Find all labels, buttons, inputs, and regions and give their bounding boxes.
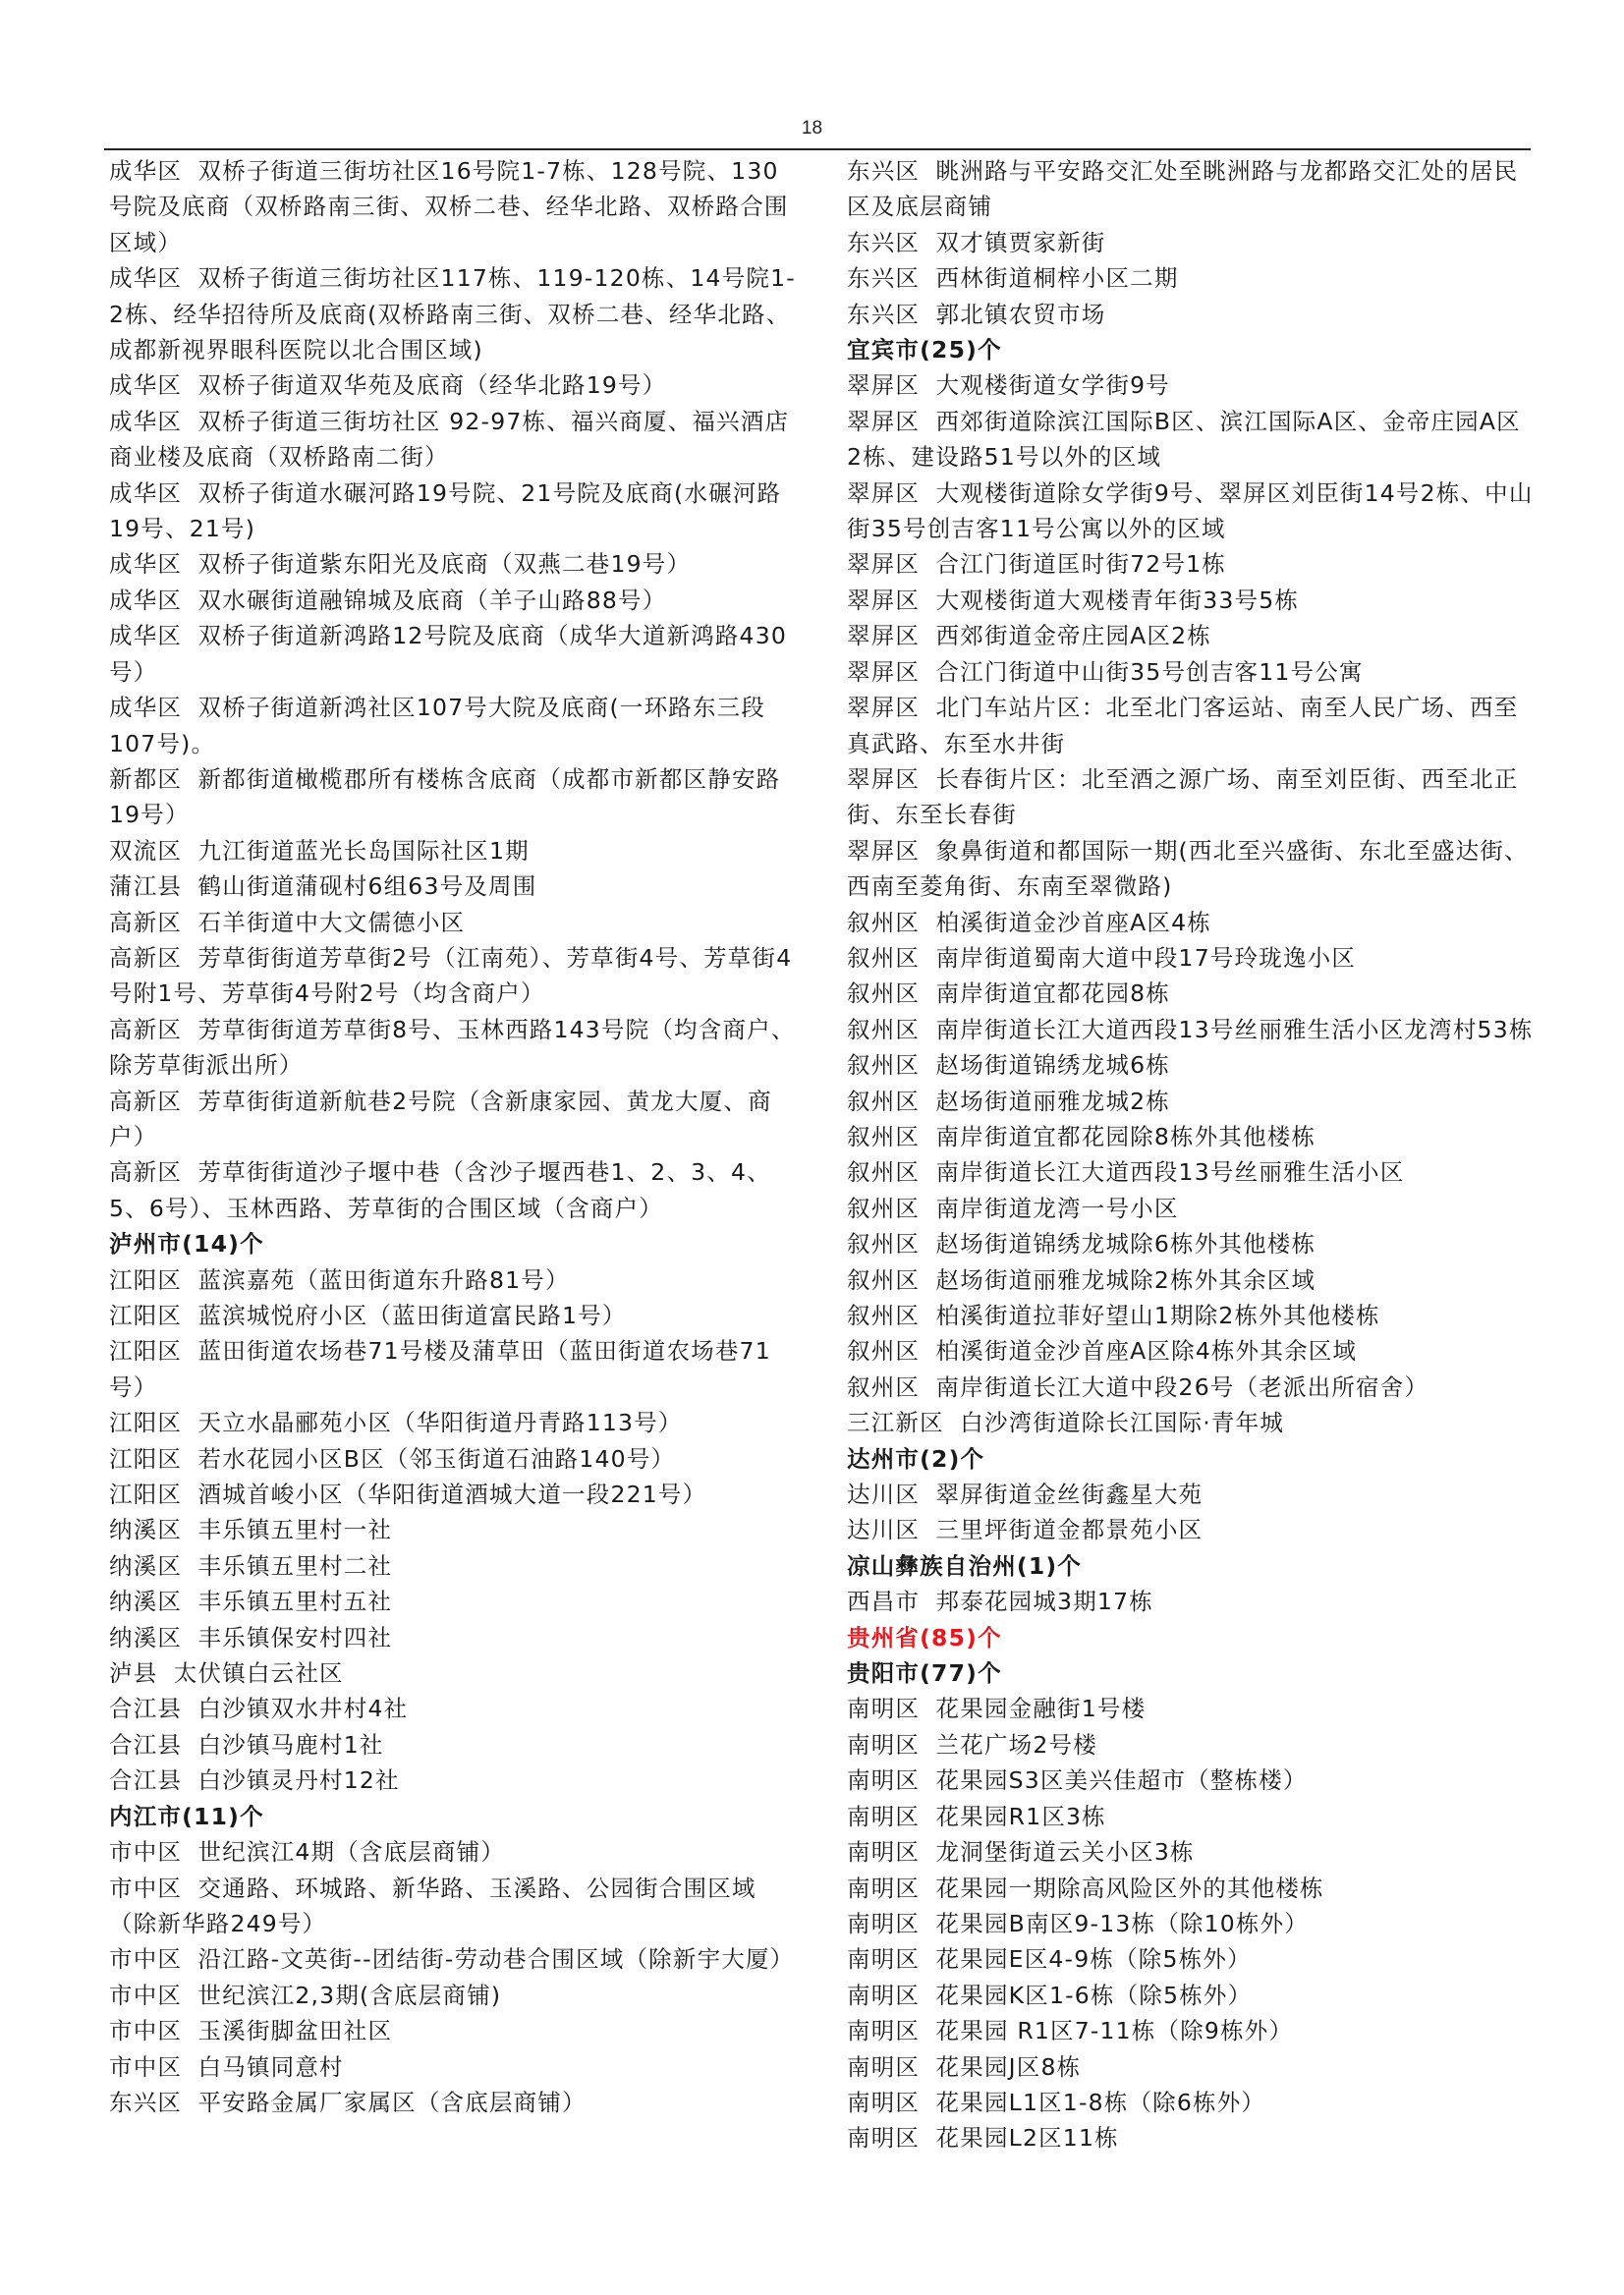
district-name: 新都区 — [109, 765, 182, 793]
district-name: 叙州区 — [847, 1016, 920, 1043]
location-text: 大观楼街道除女学街9号、翠屏区刘臣街14号2栋、中山街35号创吉客11号公寓以外… — [847, 479, 1534, 542]
list-item: 南明区花果园S3区美兴佳超市（整栋楼） — [847, 1763, 1535, 1798]
location-text: 眺洲路与平安路交汇处至眺洲路与龙都路交汇处的居民区及底层商铺 — [847, 157, 1518, 220]
location-text: 交通路、环城路、新华路、玉溪路、公园街合围区域（除新华路249号） — [109, 1875, 756, 1937]
district-name: 西昌市 — [847, 1588, 920, 1615]
location-text: 三里坪街道金都景苑小区 — [936, 1516, 1204, 1543]
location-text: 花果园R1区3栋 — [936, 1803, 1106, 1830]
list-item: 成华区双水碾街道融锦城及底商（羊子山路88号） — [109, 583, 797, 618]
location-text: 鹤山街道蒲砚村6组63号及周围 — [198, 872, 537, 900]
district-name: 成华区 — [109, 157, 182, 185]
district-name: 叙州区 — [847, 1373, 920, 1401]
location-text: 双桥子街道三街坊社区 92-97栋、福兴商厦、福兴酒店商业楼及底商（双桥路南二街… — [109, 408, 789, 471]
location-text: 白沙镇马鹿村1社 — [198, 1731, 384, 1759]
district-name: 南明区 — [847, 1982, 920, 2009]
location-text: 芳草街街道芳草街2号（江南苑）、芳草街4号、芳草街4号附1号、芳草街4号附2号（… — [109, 944, 792, 1007]
list-item: 南明区花果园J区8栋 — [847, 2049, 1535, 2085]
list-item: 东兴区西林街道桐梓小区二期 — [847, 260, 1535, 296]
location-text: 龙洞堡街道云关小区3栋 — [936, 1838, 1195, 1866]
district-name: 成华区 — [109, 550, 182, 578]
district-name: 叙州区 — [847, 1158, 920, 1186]
location-text: 双桥子街道新鸿路12号院及底商（成华大道新鸿路430号） — [109, 622, 787, 685]
list-item: 叙州区赵场街道锦绣龙城除6栋外其他楼栋 — [847, 1226, 1535, 1261]
location-text: 石羊街道中大文儒德小区 — [198, 909, 466, 936]
list-item: 叙州区柏溪街道金沙首座A区4栋 — [847, 905, 1535, 940]
location-text: 花果园一期除高风险区外的其他楼栋 — [936, 1875, 1324, 1902]
city-heading: 达州市(2)个 — [847, 1441, 1535, 1477]
list-item: 南明区花果园B南区9-13栋（除10栋外） — [847, 1906, 1535, 1941]
location-text: 合江门街道匡时街72号1栋 — [936, 550, 1226, 578]
district-name: 江阳区 — [109, 1481, 182, 1508]
province-heading: 贵州省(85)个 — [847, 1620, 1535, 1655]
list-item: 翠屏区合江门街道中山街35号创吉客11号公寓 — [847, 654, 1535, 690]
location-text: 南岸街道长江大道西段13号丝丽雅生活小区 — [936, 1158, 1405, 1186]
district-name: 市中区 — [109, 2017, 182, 2044]
list-item: 南明区花果园金融街1号楼 — [847, 1691, 1535, 1726]
location-text: 沿江路-文英街--团结街-劳动巷合围区域（除新宇大厦） — [198, 1945, 795, 1973]
list-item: 成华区双桥子街道三街坊社区 92-97栋、福兴商厦、福兴酒店商业楼及底商（双桥路… — [109, 404, 797, 476]
district-name: 南明区 — [847, 1766, 920, 1794]
list-item: 南明区花果园L1区1-8栋（除6栋外） — [847, 2085, 1535, 2120]
district-name: 成华区 — [109, 479, 182, 507]
location-text: 南岸街道长江大道中段26号（老派出所宿舍） — [936, 1373, 1429, 1401]
list-item: 江阳区天立水晶郦苑小区（华阳街道丹青路113号） — [109, 1405, 797, 1440]
location-text: 蓝滨嘉苑（蓝田街道东升路81号） — [198, 1266, 570, 1294]
location-text: 芳草街街道新航巷2号院（含新康家园、黄龙大厦、商户） — [109, 1088, 772, 1150]
list-item: 南明区龙洞堡街道云关小区3栋 — [847, 1834, 1535, 1870]
district-name: 南明区 — [847, 2124, 920, 2152]
district-name: 南明区 — [847, 2017, 920, 2044]
district-name: 市中区 — [109, 2053, 182, 2081]
district-name: 南明区 — [847, 2089, 920, 2116]
list-item: 翠屏区长春街片区：北至酒之源广场、南至刘臣街、西至北正街、东至长春街 — [847, 761, 1535, 833]
list-item: 成华区双桥子街道三街坊社区16号院1-7栋、128号院、130号院及底商（双桥路… — [109, 153, 797, 260]
list-item: 成华区双桥子街道水碾河路19号院、21号院及底商(水碾河路19号、21号) — [109, 476, 797, 547]
district-name: 南明区 — [847, 1910, 920, 1937]
location-text: 花果园K区1-6栋（除5栋外） — [936, 1982, 1253, 2009]
district-name: 达川区 — [847, 1481, 920, 1508]
list-item: 新都区新都街道橄榄郡所有楼栋含底商（成都市新都区静安路19号） — [109, 761, 797, 833]
district-name: 成华区 — [109, 587, 182, 614]
location-text: 双桥子街道水碾河路19号院、21号院及底商(水碾河路19号、21号) — [109, 479, 781, 542]
location-text: 太伏镇白云社区 — [174, 1659, 344, 1687]
district-name: 叙州区 — [847, 1088, 920, 1115]
location-text: 邦泰花园城3期17栋 — [936, 1588, 1153, 1615]
location-text: 九江街道蓝光长岛国际社区1期 — [198, 837, 530, 865]
district-name: 叙州区 — [847, 1123, 920, 1150]
district-name: 成华区 — [109, 694, 182, 721]
list-item: 翠屏区北门车站片区：北至北门客运站、南至人民广场、西至真武路、东至水井街 — [847, 690, 1535, 761]
list-item: 叙州区南岸街道龙湾一号小区 — [847, 1191, 1535, 1226]
city-heading: 内江市(11)个 — [109, 1799, 797, 1834]
district-name: 南明区 — [847, 1875, 920, 1902]
district-name: 翠屏区 — [847, 587, 920, 614]
list-item: 南明区兰花广场2号楼 — [847, 1727, 1535, 1763]
location-text: 丰乐镇五里村一社 — [198, 1516, 393, 1543]
location-text: 花果园S3区美兴佳超市（整栋楼） — [936, 1766, 1308, 1794]
location-text: 南岸街道宜都花园8栋 — [936, 980, 1170, 1007]
list-item: 翠屏区大观楼街道大观楼青年街33号5栋 — [847, 583, 1535, 618]
list-item: 东兴区平安路金属厂家属区（含底层商铺） — [109, 2085, 797, 2120]
location-text: 西郊街道除滨江国际B区、滨江国际A区、金帝庄园A区2栋、建设路51号以外的区域 — [847, 408, 1521, 471]
list-item: 翠屏区大观楼街道女学街9号 — [847, 367, 1535, 403]
list-item: 叙州区南岸街道蜀南大道中段17号玲珑逸小区 — [847, 940, 1535, 976]
district-name: 合江县 — [109, 1766, 182, 1794]
list-item: 叙州区南岸街道长江大道西段13号丝丽雅生活小区 — [847, 1154, 1535, 1190]
location-text: 西林街道桐梓小区二期 — [936, 264, 1179, 292]
location-text: 柏溪街道金沙首座A区4栋 — [936, 909, 1211, 936]
list-item: 纳溪区丰乐镇五里村二社 — [109, 1548, 797, 1584]
district-name: 叙州区 — [847, 1230, 920, 1258]
list-item: 叙州区南岸街道长江大道西段13号丝丽雅生活小区龙湾村53栋 — [847, 1012, 1535, 1047]
location-text: 丰乐镇保安村四社 — [198, 1624, 393, 1651]
location-text: 长春街片区：北至酒之源广场、南至刘臣街、西至北正街、东至长春街 — [847, 765, 1518, 828]
district-name: 叙州区 — [847, 1051, 920, 1079]
list-item: 东兴区郭北镇农贸市场 — [847, 297, 1535, 332]
list-item: 合江县白沙镇马鹿村1社 — [109, 1727, 797, 1763]
location-text: 花果园L2区11栋 — [936, 2124, 1119, 2152]
location-text: 象鼻街道和都国际一期(西北至兴盛街、东北至盛达街、西南至菱角街、东南至翠微路) — [847, 837, 1529, 900]
district-name: 南明区 — [847, 1695, 920, 1722]
list-item: 南明区花果园一期除高风险区外的其他楼栋 — [847, 1871, 1535, 1906]
location-text: 花果园金融街1号楼 — [936, 1695, 1147, 1722]
location-text: 赵场街道丽雅龙城除2栋外其余区域 — [936, 1266, 1316, 1294]
list-item: 纳溪区丰乐镇五里村五社 — [109, 1584, 797, 1619]
location-text: 丰乐镇五里村二社 — [198, 1552, 393, 1580]
location-text: 翠屏街道金丝街鑫星大苑 — [936, 1481, 1204, 1508]
city-heading: 贵阳市(77)个 — [847, 1655, 1535, 1691]
district-name: 高新区 — [109, 1016, 182, 1043]
city-heading: 宜宾市(25)个 — [847, 332, 1535, 367]
location-text: 柏溪街道金沙首座A区除4栋外其余区域 — [936, 1337, 1358, 1365]
location-text: 双桥子街道紫东阳光及底商（双燕二巷19号） — [198, 550, 692, 578]
district-name: 东兴区 — [847, 301, 920, 328]
district-name: 市中区 — [109, 1838, 182, 1866]
location-text: 兰花广场2号楼 — [936, 1731, 1097, 1759]
location-text: 南岸街道宜都花园除8栋外其他楼栋 — [936, 1123, 1316, 1150]
list-item: 高新区芳草街街道芳草街2号（江南苑）、芳草街4号、芳草街4号附1号、芳草街4号附… — [109, 940, 797, 1012]
list-item: 叙州区南岸街道宜都花园8栋 — [847, 976, 1535, 1011]
district-name: 成华区 — [109, 622, 182, 649]
district-name: 高新区 — [109, 944, 182, 972]
district-name: 江阳区 — [109, 1266, 182, 1294]
district-name: 纳溪区 — [109, 1552, 182, 1580]
list-item: 市中区沿江路-文英街--团结街-劳动巷合围区域（除新宇大厦） — [109, 1941, 797, 1977]
location-text: 丰乐镇五里村五社 — [198, 1588, 393, 1615]
list-item: 市中区世纪滨江2,3期(含底层商铺) — [109, 1978, 797, 2013]
location-text: 平安路金属厂家属区（含底层商铺） — [198, 2089, 587, 2116]
location-text: 新都街道橄榄郡所有楼栋含底商（成都市新都区静安路19号） — [109, 765, 780, 828]
list-item: 市中区世纪滨江4期（含底层商铺） — [109, 1834, 797, 1870]
location-text: 南岸街道蜀南大道中段17号玲珑逸小区 — [936, 944, 1357, 972]
city-heading: 凉山彝族自治州(1)个 — [847, 1548, 1535, 1584]
list-item: 叙州区赵场街道丽雅龙城除2栋外其余区域 — [847, 1262, 1535, 1298]
list-item: 叙州区赵场街道丽雅龙城2栋 — [847, 1084, 1535, 1119]
location-text: 双才镇贾家新街 — [936, 229, 1106, 256]
location-text: 花果园L1区1-8栋（除6栋外） — [936, 2089, 1266, 2116]
district-name: 成华区 — [109, 264, 182, 292]
district-name: 高新区 — [109, 909, 182, 936]
list-item: 叙州区柏溪街道拉菲好望山1期除2栋外其他楼栋 — [847, 1298, 1535, 1333]
list-item: 南明区花果园K区1-6栋（除5栋外） — [847, 1978, 1535, 2013]
district-name: 合江县 — [109, 1695, 182, 1722]
district-name: 蒲江县 — [109, 872, 182, 900]
list-item: 江阳区若水花园小区B区（邻玉街道石油路140号） — [109, 1441, 797, 1477]
list-item: 成华区双桥子街道紫东阳光及底商（双燕二巷19号） — [109, 546, 797, 582]
district-name: 翠屏区 — [847, 371, 920, 399]
list-item: 达川区翠屏街道金丝街鑫星大苑 — [847, 1477, 1535, 1512]
location-text: 双桥子街道三街坊社区117栋、119-120栋、14号院1-2栋、经华招待所及底… — [109, 264, 796, 364]
district-name: 南明区 — [847, 1838, 920, 1866]
district-name: 叙州区 — [847, 1302, 920, 1329]
district-name: 纳溪区 — [109, 1588, 182, 1615]
list-item: 叙州区柏溪街道金沙首座A区除4栋外其余区域 — [847, 1333, 1535, 1369]
list-item: 东兴区眺洲路与平安路交汇处至眺洲路与龙都路交汇处的居民区及底层商铺 — [847, 153, 1535, 225]
location-text: 花果园E区4-9栋（除5栋外） — [936, 1945, 1252, 1973]
list-item: 南明区花果园E区4-9栋（除5栋外） — [847, 1941, 1535, 1977]
location-text: 双水碾街道融锦城及底商（羊子山路88号） — [198, 587, 667, 614]
list-item: 叙州区南岸街道宜都花园除8栋外其他楼栋 — [847, 1119, 1535, 1154]
list-item: 西昌市邦泰花园城3期17栋 — [847, 1584, 1535, 1619]
location-text: 白沙镇双水井村4社 — [198, 1695, 409, 1722]
list-item: 叙州区南岸街道长江大道中段26号（老派出所宿舍） — [847, 1370, 1535, 1405]
district-name: 市中区 — [109, 1945, 182, 1973]
list-item: 翠屏区西郊街道除滨江国际B区、滨江国际A区、金帝庄园A区2栋、建设路51号以外的… — [847, 404, 1535, 476]
list-item: 南明区花果园L2区11栋 — [847, 2120, 1535, 2155]
district-name: 纳溪区 — [109, 1516, 182, 1543]
location-text: 赵场街道锦绣龙城6栋 — [936, 1051, 1170, 1079]
page-number: 18 — [0, 118, 1624, 140]
list-item: 翠屏区大观楼街道除女学街9号、翠屏区刘臣街14号2栋、中山街35号创吉客11号公… — [847, 476, 1535, 547]
location-text: 天立水晶郦苑小区（华阳街道丹青路113号） — [198, 1409, 683, 1436]
district-name: 纳溪区 — [109, 1624, 182, 1651]
district-name: 翠屏区 — [847, 658, 920, 686]
list-item: 东兴区双才镇贾家新街 — [847, 225, 1535, 260]
district-name: 高新区 — [109, 1158, 182, 1186]
list-item: 双流区九江街道蓝光长岛国际社区1期 — [109, 833, 797, 868]
list-item: 达川区三里坪街道金都景苑小区 — [847, 1512, 1535, 1547]
location-text: 合江门街道中山街35号创吉客11号公寓 — [936, 658, 1364, 686]
list-item: 江阳区蓝滨城悦府小区（蓝田街道富民路1号） — [109, 1298, 797, 1333]
district-name: 叙州区 — [847, 980, 920, 1007]
list-item: 成华区双桥子街道新鸿路12号院及底商（成华大道新鸿路430号） — [109, 618, 797, 690]
list-item: 高新区芳草街街道芳草街8号、玉林西路143号院（均含商户、除芳草街派出所） — [109, 1012, 797, 1084]
district-name: 南明区 — [847, 2053, 920, 2081]
city-heading: 泸州市(14)个 — [109, 1226, 797, 1261]
location-text: 酒城首峻小区（华阳街道酒城大道一段221号） — [198, 1481, 707, 1508]
location-text: 南岸街道长江大道西段13号丝丽雅生活小区龙湾村53栋 — [936, 1016, 1534, 1043]
district-name: 叙州区 — [847, 944, 920, 972]
list-item: 合江县白沙镇灵丹村12社 — [109, 1763, 797, 1798]
location-text: 蓝田街道农场巷71号楼及蒲草田（蓝田街道农场巷71号） — [109, 1337, 771, 1400]
list-item: 江阳区蓝滨嘉苑（蓝田街道东升路81号） — [109, 1262, 797, 1298]
location-text: 芳草街街道沙子堰中巷（含沙子堰西巷1、2、3、4、5、6号）、玉林西路、芳草街的… — [109, 1158, 771, 1221]
right-column: 东兴区眺洲路与平安路交汇处至眺洲路与龙都路交汇处的居民区及底层商铺东兴区双才镇贾… — [847, 153, 1535, 2156]
left-column: 成华区双桥子街道三街坊社区16号院1-7栋、128号院、130号院及底商（双桥路… — [109, 153, 797, 2120]
district-name: 南明区 — [847, 1945, 920, 1973]
district-name: 翠屏区 — [847, 765, 920, 793]
list-item: 翠屏区合江门街道匡时街72号1栋 — [847, 546, 1535, 582]
list-item: 纳溪区丰乐镇五里村一社 — [109, 1512, 797, 1547]
district-name: 东兴区 — [847, 157, 920, 185]
location-text: 大观楼街道女学街9号 — [936, 371, 1170, 399]
district-name: 南明区 — [847, 1803, 920, 1830]
district-name: 翠屏区 — [847, 550, 920, 578]
list-item: 江阳区蓝田街道农场巷71号楼及蒲草田（蓝田街道农场巷71号） — [109, 1333, 797, 1405]
list-item: 蒲江县鹤山街道蒲砚村6组63号及周围 — [109, 868, 797, 904]
list-item: 成华区双桥子街道新鸿社区107号大院及底商(一环路东三段107号)。 — [109, 690, 797, 761]
list-item: 市中区玉溪街脚盆田社区 — [109, 2013, 797, 2048]
district-name: 合江县 — [109, 1731, 182, 1759]
district-name: 高新区 — [109, 1088, 182, 1115]
district-name: 翠屏区 — [847, 694, 920, 721]
district-name: 市中区 — [109, 1875, 182, 1902]
district-name: 叙州区 — [847, 1195, 920, 1222]
list-item: 纳溪区丰乐镇保安村四社 — [109, 1620, 797, 1655]
district-name: 泸县 — [109, 1659, 157, 1687]
district-name: 叙州区 — [847, 1337, 920, 1365]
district-name: 东兴区 — [847, 264, 920, 292]
list-item: 合江县白沙镇双水井村4社 — [109, 1691, 797, 1726]
list-item: 成华区双桥子街道双华苑及底商（经华北路19号） — [109, 367, 797, 403]
district-name: 叙州区 — [847, 1266, 920, 1294]
location-text: 花果园J区8栋 — [936, 2053, 1082, 2081]
list-item: 翠屏区象鼻街道和都国际一期(西北至兴盛街、东北至盛达街、西南至菱角街、东南至翠微… — [847, 833, 1535, 905]
location-text: 花果园 R1区7-11栋（除9栋外） — [936, 2017, 1294, 2044]
district-name: 翠屏区 — [847, 408, 920, 435]
location-text: 白马镇同意村 — [198, 2053, 344, 2081]
district-name: 翠屏区 — [847, 479, 920, 507]
district-name: 成华区 — [109, 371, 182, 399]
district-name: 双流区 — [109, 837, 182, 865]
location-text: 西郊街道金帝庄园A区2栋 — [936, 622, 1211, 649]
location-text: 蓝滨城悦府小区（蓝田街道富民路1号） — [198, 1302, 627, 1329]
location-text: 赵场街道丽雅龙城2栋 — [936, 1088, 1170, 1115]
location-text: 白沙湾街道除长江国际·青年城 — [960, 1409, 1284, 1436]
location-text: 花果园B南区9-13栋（除10栋外） — [936, 1910, 1309, 1937]
district-name: 市中区 — [109, 1982, 182, 2009]
district-name: 江阳区 — [109, 1409, 182, 1436]
list-item: 叙州区赵场街道锦绣龙城6栋 — [847, 1047, 1535, 1083]
list-item: 高新区石羊街道中大文儒德小区 — [109, 905, 797, 940]
location-text: 世纪滨江2,3期(含底层商铺) — [198, 1982, 502, 2009]
location-text: 大观楼街道大观楼青年街33号5栋 — [936, 587, 1300, 614]
district-name: 江阳区 — [109, 1302, 182, 1329]
district-name: 叙州区 — [847, 909, 920, 936]
header-divider — [104, 148, 1531, 150]
list-item: 南明区花果园 R1区7-11栋（除9栋外） — [847, 2013, 1535, 2048]
district-name: 江阳区 — [109, 1445, 182, 1473]
location-text: 郭北镇农贸市场 — [936, 301, 1106, 328]
location-text: 北门车站片区：北至北门客运站、南至人民广场、西至真武路、东至水井街 — [847, 694, 1518, 756]
list-item: 市中区白马镇同意村 — [109, 2049, 797, 2085]
list-item: 三江新区白沙湾街道除长江国际·青年城 — [847, 1405, 1535, 1440]
location-text: 若水花园小区B区（邻玉街道石油路140号） — [198, 1445, 676, 1473]
location-text: 赵场街道锦绣龙城除6栋外其他楼栋 — [936, 1230, 1316, 1258]
list-item: 成华区双桥子街道三街坊社区117栋、119-120栋、14号院1-2栋、经华招待… — [109, 260, 797, 367]
location-text: 双桥子街道双华苑及底商（经华北路19号） — [198, 371, 667, 399]
list-item: 南明区花果园R1区3栋 — [847, 1799, 1535, 1834]
district-name: 三江新区 — [847, 1409, 944, 1436]
location-text: 玉溪街脚盆田社区 — [198, 2017, 393, 2044]
location-text: 双桥子街道三街坊社区16号院1-7栋、128号院、130号院及底商（双桥路南三街… — [109, 157, 789, 256]
location-text: 柏溪街道拉菲好望山1期除2栋外其他楼栋 — [936, 1302, 1380, 1329]
district-name: 东兴区 — [847, 229, 920, 256]
district-name: 成华区 — [109, 408, 182, 435]
list-item: 江阳区酒城首峻小区（华阳街道酒城大道一段221号） — [109, 1477, 797, 1512]
list-item: 泸县太伏镇白云社区 — [109, 1655, 797, 1691]
list-item: 市中区交通路、环城路、新华路、玉溪路、公园街合围区域（除新华路249号） — [109, 1871, 797, 1942]
location-text: 南岸街道龙湾一号小区 — [936, 1195, 1179, 1222]
list-item: 高新区芳草街街道新航巷2号院（含新康家园、黄龙大厦、商户） — [109, 1084, 797, 1155]
location-text: 双桥子街道新鸿社区107号大院及底商(一环路东三段107号)。 — [109, 694, 765, 756]
location-text: 世纪滨江4期（含底层商铺） — [198, 1838, 506, 1866]
district-name: 东兴区 — [109, 2089, 182, 2116]
district-name: 达川区 — [847, 1516, 920, 1543]
list-item: 高新区芳草街街道沙子堰中巷（含沙子堰西巷1、2、3、4、5、6号）、玉林西路、芳… — [109, 1154, 797, 1226]
district-name: 南明区 — [847, 1731, 920, 1759]
district-name: 翠屏区 — [847, 837, 920, 865]
location-text: 芳草街街道芳草街8号、玉林西路143号院（均含商户、除芳草街派出所） — [109, 1016, 796, 1079]
district-name: 翠屏区 — [847, 622, 920, 649]
list-item: 翠屏区西郊街道金帝庄园A区2栋 — [847, 618, 1535, 653]
location-text: 白沙镇灵丹村12社 — [198, 1766, 400, 1794]
district-name: 江阳区 — [109, 1337, 182, 1365]
